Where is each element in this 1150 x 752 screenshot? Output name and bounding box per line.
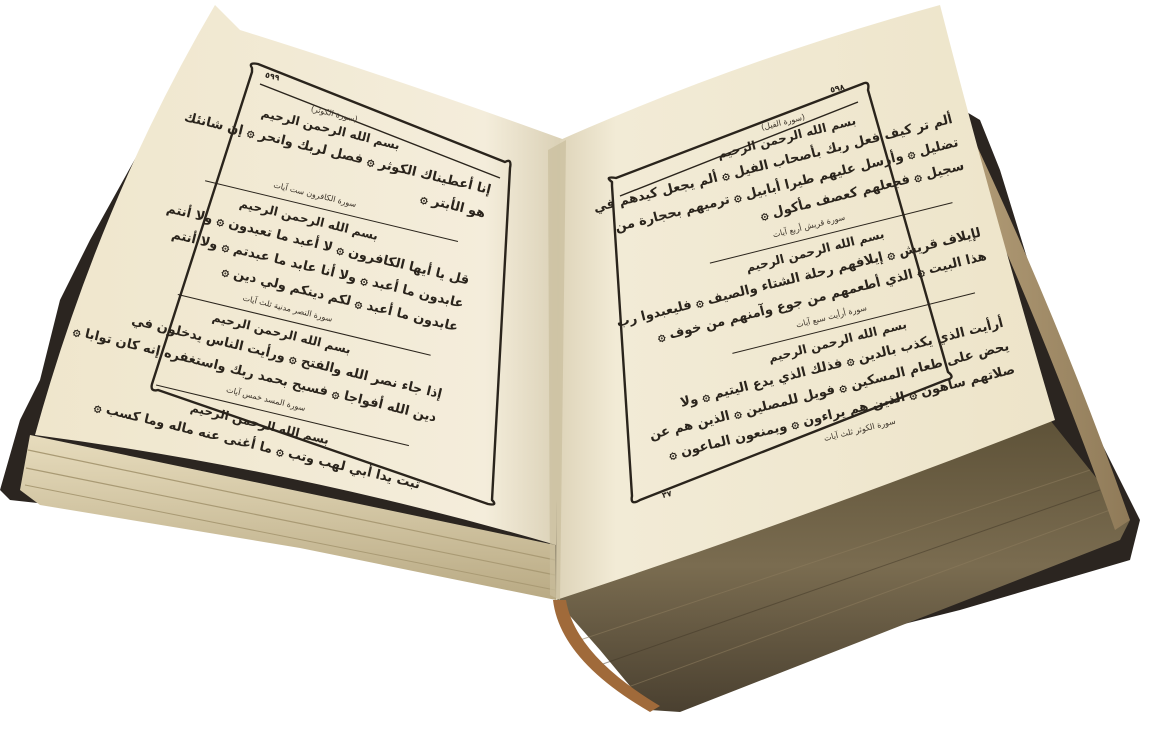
- book-photo-scene: (سورة الكوثر) بسم الله الرحمن الرحيم إنا…: [0, 0, 1150, 752]
